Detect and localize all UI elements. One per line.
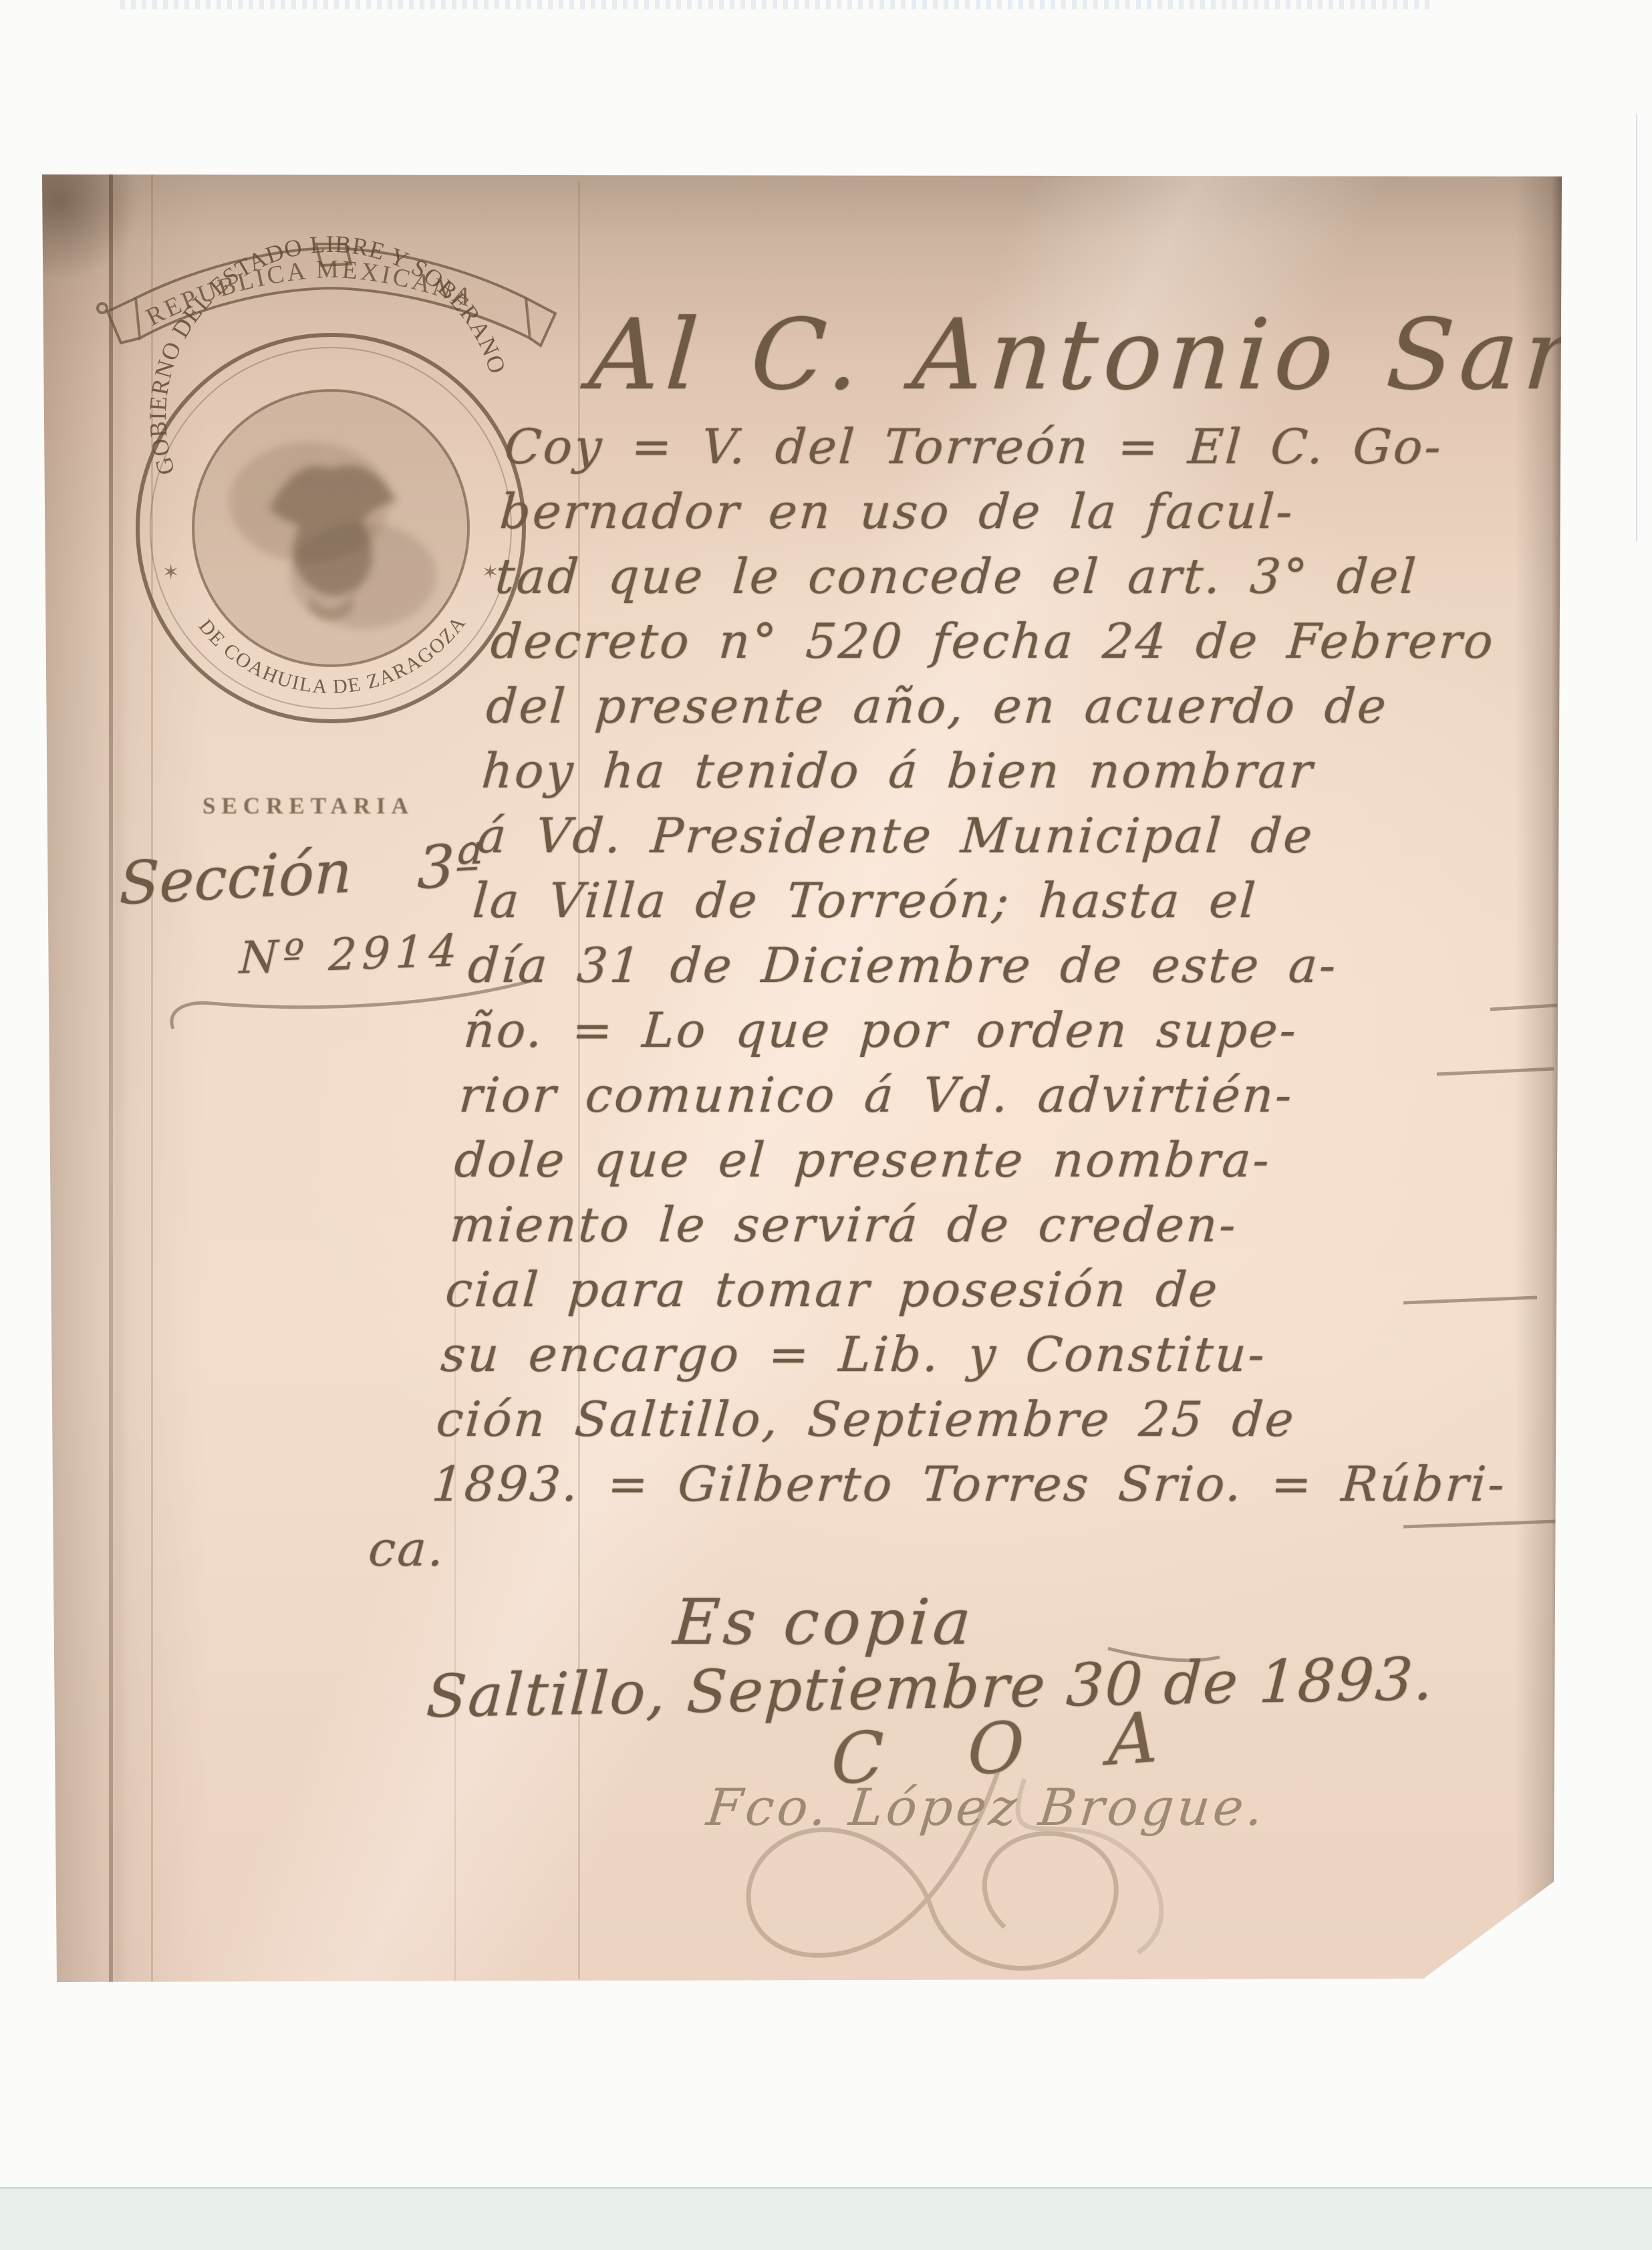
document-number: Nº 2914 <box>239 924 463 984</box>
handwritten-line: á Vd. Presidente Municipal de <box>475 803 1652 868</box>
handwritten-line: ción Saltillo, Septiembre 25 de <box>434 1387 1652 1452</box>
eagle-icon <box>269 465 398 596</box>
handwritten-line: hoy ha tenido á bien nombrar <box>480 739 1652 803</box>
handwritten-line: cial para tomar posesión de <box>443 1257 1652 1322</box>
es-copia-line: Es copia <box>671 1586 977 1659</box>
scanner-edge-artifact <box>120 0 1431 9</box>
handwritten-line: del presente año, en acuerdo de <box>484 674 1652 739</box>
handwritten-line: bernador en uso de la facul- <box>498 479 1652 544</box>
handwritten-line: dole que el presente nombra- <box>452 1128 1652 1193</box>
handwritten-line: 1893. = Gilberto Torres Srio. = Rúbri- <box>430 1452 1652 1517</box>
handwritten-line: tad que le concede el art. 3° del <box>493 544 1652 609</box>
handwritten-line: la Villa de Torreón; hasta el <box>470 868 1652 933</box>
banner-ribbon-icon <box>98 244 555 346</box>
seal-circle-icon <box>138 335 524 721</box>
handwritten-line: miento le servirá de creden- <box>448 1193 1652 1257</box>
handwritten-line: su encargo = Lib. y Constitu- <box>439 1322 1652 1387</box>
seal-ring-text-top: GOBIERNO DEL ESTADO LIBRE Y SOBERANO <box>144 231 511 478</box>
secretaria-label: SECRETARIA <box>202 793 403 820</box>
scanner-streak <box>1636 114 1637 541</box>
handwritten-line: Al C. Antonio Santos <box>507 302 1652 414</box>
document-photo: REPUBLICA MEXICANA GOBIERNO DEL ESTADO L… <box>42 174 1562 1983</box>
seccion-label: Sección 3ª <box>118 830 483 918</box>
handwritten-line: rior comunico á Vd. advirtién- <box>457 1063 1652 1128</box>
banner-text: REPUBLICA MEXICANA <box>142 255 478 332</box>
handwritten-line: día 31 de Diciembre de este a- <box>466 933 1652 998</box>
paper-fold-line <box>151 174 153 1983</box>
handwriting-block: Al C. Antonio SantosCoy = V. del Torreón… <box>425 302 1652 1582</box>
scanned-page: REPUBLICA MEXICANA GOBIERNO DEL ESTADO L… <box>0 0 1652 2250</box>
scanner-bottom-band <box>0 2187 1652 2250</box>
handwritten-line: Coy = V. del Torreón = El C. Go- <box>502 414 1652 479</box>
handwritten-line: ca. <box>366 1517 1652 1582</box>
paper-fold-line <box>109 174 113 1983</box>
signature-line: Fco. López Brogue. <box>704 1777 1269 1837</box>
handwritten-line: ño. = Lo que por orden supe- <box>461 998 1652 1063</box>
seal-ring-text-bottom: DE COAHUILA DE ZARAGOZA <box>194 612 470 698</box>
cactus-icon <box>309 596 354 620</box>
rosette-icon: ✶ <box>162 561 179 584</box>
handwritten-line: decreto n° 520 fecha 24 de Febrero <box>489 609 1652 674</box>
